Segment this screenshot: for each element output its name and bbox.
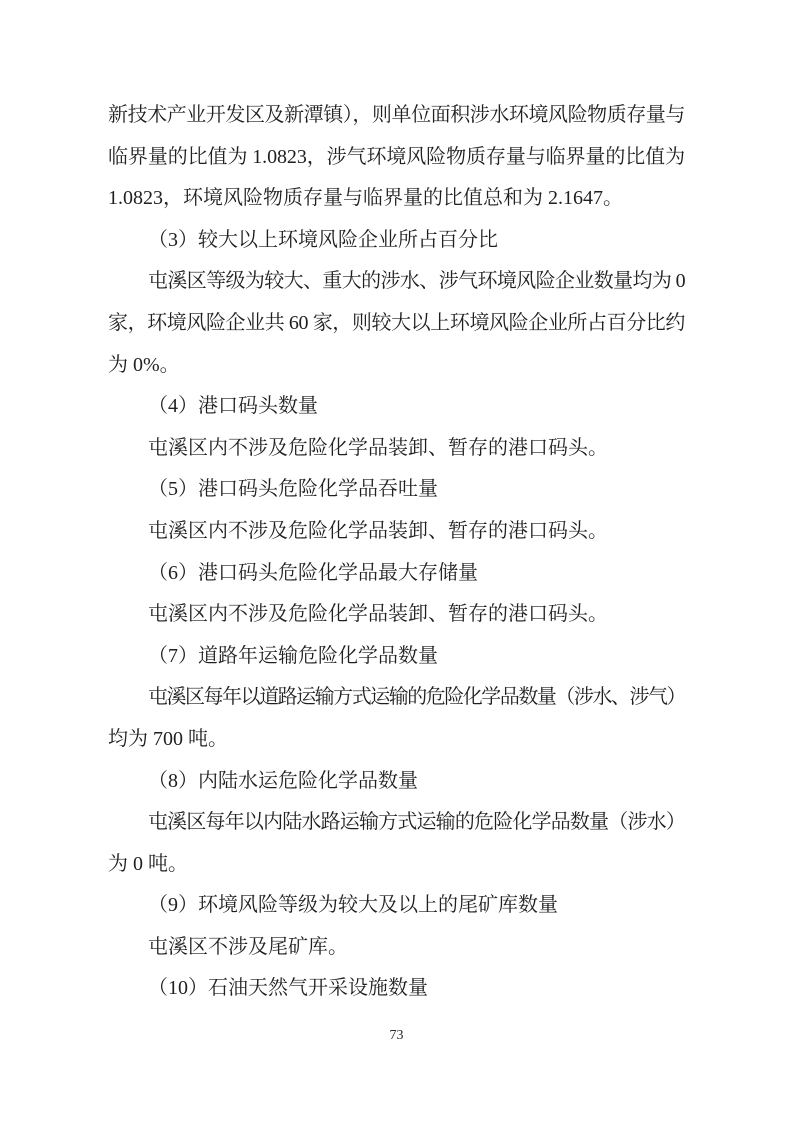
- text-line: 均为 700 吨。: [108, 719, 685, 761]
- text-line: 临界量的比值为 1.0823，涉气环境风险物质存量与临界量的比值为: [108, 137, 685, 179]
- paragraph: 新技术产业开发区及新潭镇），则单位面积涉水环境风险物质存量与临界量的比值为 1.…: [108, 95, 685, 220]
- paragraph: 屯溪区内不涉及危险化学品装卸、暂存的港口码头。: [108, 511, 685, 553]
- section-heading: （10）石油天然气开采设施数量: [108, 968, 685, 1010]
- paragraph: 屯溪区不涉及尾矿库。: [108, 927, 685, 969]
- text-line: （5）港口码头危险化学品吞吐量: [108, 469, 685, 511]
- text-line: 为 0%。: [108, 345, 685, 387]
- section-heading: （4）港口码头数量: [108, 386, 685, 428]
- document-page: 新技术产业开发区及新潭镇），则单位面积涉水环境风险物质存量与临界量的比值为 1.…: [0, 0, 793, 1122]
- text-line: 屯溪区内不涉及危险化学品装卸、暂存的港口码头。: [108, 428, 685, 470]
- text-line: （4）港口码头数量: [108, 386, 685, 428]
- section-heading: （7）道路年运输危险化学品数量: [108, 636, 685, 678]
- section-heading: （5）港口码头危险化学品吞吐量: [108, 469, 685, 511]
- text-line: （9）环境风险等级为较大及以上的尾矿库数量: [108, 885, 685, 927]
- page-footer: 73: [0, 1026, 793, 1045]
- text-line: （10）石油天然气开采设施数量: [108, 968, 685, 1010]
- text-line: 屯溪区每年以道路运输方式运输的危险化学品数量（涉水、涉气）: [108, 677, 685, 719]
- paragraph: 屯溪区每年以内陆水路运输方式运输的危险化学品数量（涉水）为 0 吨。: [108, 802, 685, 885]
- paragraph: 屯溪区每年以道路运输方式运输的危险化学品数量（涉水、涉气）均为 700 吨。: [108, 677, 685, 760]
- text-line: （6）港口码头危险化学品最大存储量: [108, 553, 685, 595]
- text-line: 家，环境风险企业共 60 家，则较大以上环境风险企业所占百分比约: [108, 303, 685, 345]
- section-heading: （8）内陆水运危险化学品数量: [108, 761, 685, 803]
- section-heading: （3）较大以上环境风险企业所占百分比: [108, 220, 685, 262]
- text-line: 屯溪区等级为较大、重大的涉水、涉气环境风险企业数量均为 0: [108, 261, 685, 303]
- section-heading: （6）港口码头危险化学品最大存储量: [108, 553, 685, 595]
- text-line: （8）内陆水运危险化学品数量: [108, 761, 685, 803]
- text-line: （7）道路年运输危险化学品数量: [108, 636, 685, 678]
- text-line: （3）较大以上环境风险企业所占百分比: [108, 220, 685, 262]
- text-line: 新技术产业开发区及新潭镇），则单位面积涉水环境风险物质存量与: [108, 95, 685, 137]
- paragraph: 屯溪区内不涉及危险化学品装卸、暂存的港口码头。: [108, 428, 685, 470]
- text-line: 为 0 吨。: [108, 844, 685, 886]
- paragraph: 屯溪区内不涉及危险化学品装卸、暂存的港口码头。: [108, 594, 685, 636]
- paragraph: 屯溪区等级为较大、重大的涉水、涉气环境风险企业数量均为 0家，环境风险企业共 6…: [108, 261, 685, 386]
- text-line: 1.0823，环境风险物质存量与临界量的比值总和为 2.1647。: [108, 178, 685, 220]
- section-heading: （9）环境风险等级为较大及以上的尾矿库数量: [108, 885, 685, 927]
- text-line: 屯溪区不涉及尾矿库。: [108, 927, 685, 969]
- text-line: 屯溪区内不涉及危险化学品装卸、暂存的港口码头。: [108, 594, 685, 636]
- text-line: 屯溪区每年以内陆水路运输方式运输的危险化学品数量（涉水）: [108, 802, 685, 844]
- page-number: 73: [390, 1028, 404, 1043]
- text-line: 屯溪区内不涉及危险化学品装卸、暂存的港口码头。: [108, 511, 685, 553]
- document-content: 新技术产业开发区及新潭镇），则单位面积涉水环境风险物质存量与临界量的比值为 1.…: [108, 95, 685, 1010]
